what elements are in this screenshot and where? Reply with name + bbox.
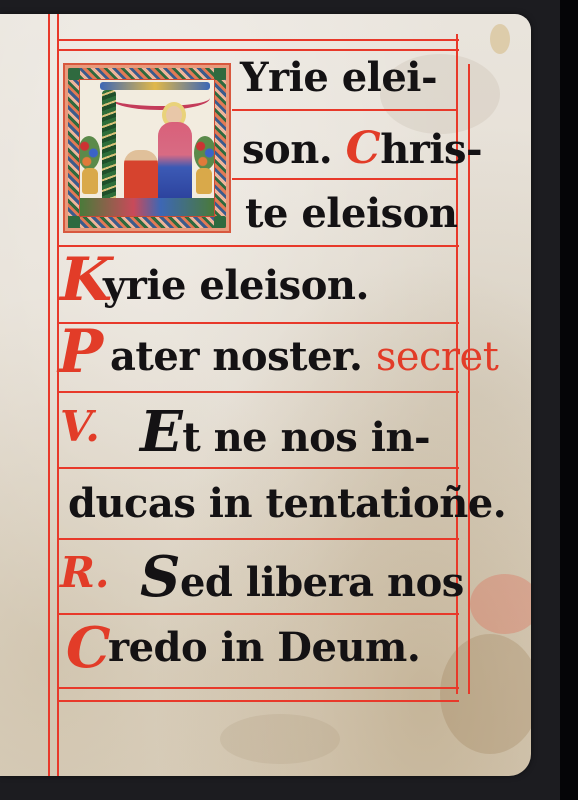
text-line-7: ducas in tentatioñe. (68, 484, 506, 524)
text-rule (57, 245, 459, 247)
text-line-8: Sed libera nos (140, 549, 464, 605)
garland (110, 86, 210, 110)
text: hris- (380, 126, 482, 173)
text: ed libera nos (180, 559, 464, 606)
illuminated-initial-k (63, 63, 231, 233)
twisted-column-k-stem (102, 90, 116, 210)
text-rule (57, 467, 459, 469)
text-rule (57, 700, 459, 702)
rosette-icon (214, 216, 226, 228)
ground-base (80, 198, 214, 216)
margin-rule-left-inner (57, 14, 59, 776)
margin-rule-left-outer (48, 14, 50, 776)
text-rule (57, 322, 459, 324)
text-line-5: ater noster. secret (110, 337, 498, 377)
text-rule (57, 39, 459, 41)
text-line-3: te eleison (245, 194, 457, 234)
text-rule (232, 178, 458, 180)
rubric-initial-c: C (66, 620, 111, 676)
miniature-scene (79, 79, 215, 217)
response-mark: R. (60, 552, 110, 594)
versicle-mark: V. (60, 406, 100, 448)
parchment-page: Yrie elei- son. Chris- te eleison K yrie… (0, 14, 531, 776)
text-rule (57, 391, 459, 393)
text: Yrie elei- (240, 54, 437, 101)
text: te eleison (245, 190, 457, 237)
text: yrie eleison. (103, 262, 369, 309)
text: ater noster. (110, 333, 362, 380)
text: t ne nos in- (182, 414, 430, 461)
text-rule (57, 538, 459, 540)
rosette-icon (68, 216, 80, 228)
black-initial-e: E (140, 399, 182, 465)
rubric-secret: secret (376, 334, 498, 380)
text-line-4: yrie eleison. (103, 266, 369, 306)
text-line-2: son. Chris- (242, 127, 482, 171)
parchment-stain (490, 24, 510, 54)
flower-bouquet (79, 136, 100, 170)
text-rule (232, 109, 458, 111)
text: son. (242, 126, 332, 173)
rubric-initial-p: P (58, 322, 103, 382)
dark-frame-edge (560, 0, 578, 800)
kneeling-figure (124, 150, 158, 202)
parchment-stain (470, 574, 531, 634)
text: ducas in tentatioñe. (68, 480, 506, 527)
text: redo in Deum. (108, 624, 420, 671)
text-line-9: redo in Deum. (108, 628, 420, 668)
text-rule (57, 687, 459, 689)
black-initial-s: S (140, 544, 180, 610)
christ-figure (158, 122, 192, 204)
rubric-initial-c: C (346, 123, 381, 174)
text-rule (57, 613, 459, 615)
text-rule (57, 49, 459, 51)
vase (196, 168, 212, 194)
text-line-6: Et ne nos in- (140, 404, 430, 460)
vase (82, 168, 98, 194)
flower-bouquet (194, 136, 215, 170)
text-line-1: Yrie elei- (240, 58, 437, 98)
parchment-stain (220, 714, 340, 764)
parchment-stain (440, 634, 531, 754)
rosette-icon (214, 68, 226, 80)
